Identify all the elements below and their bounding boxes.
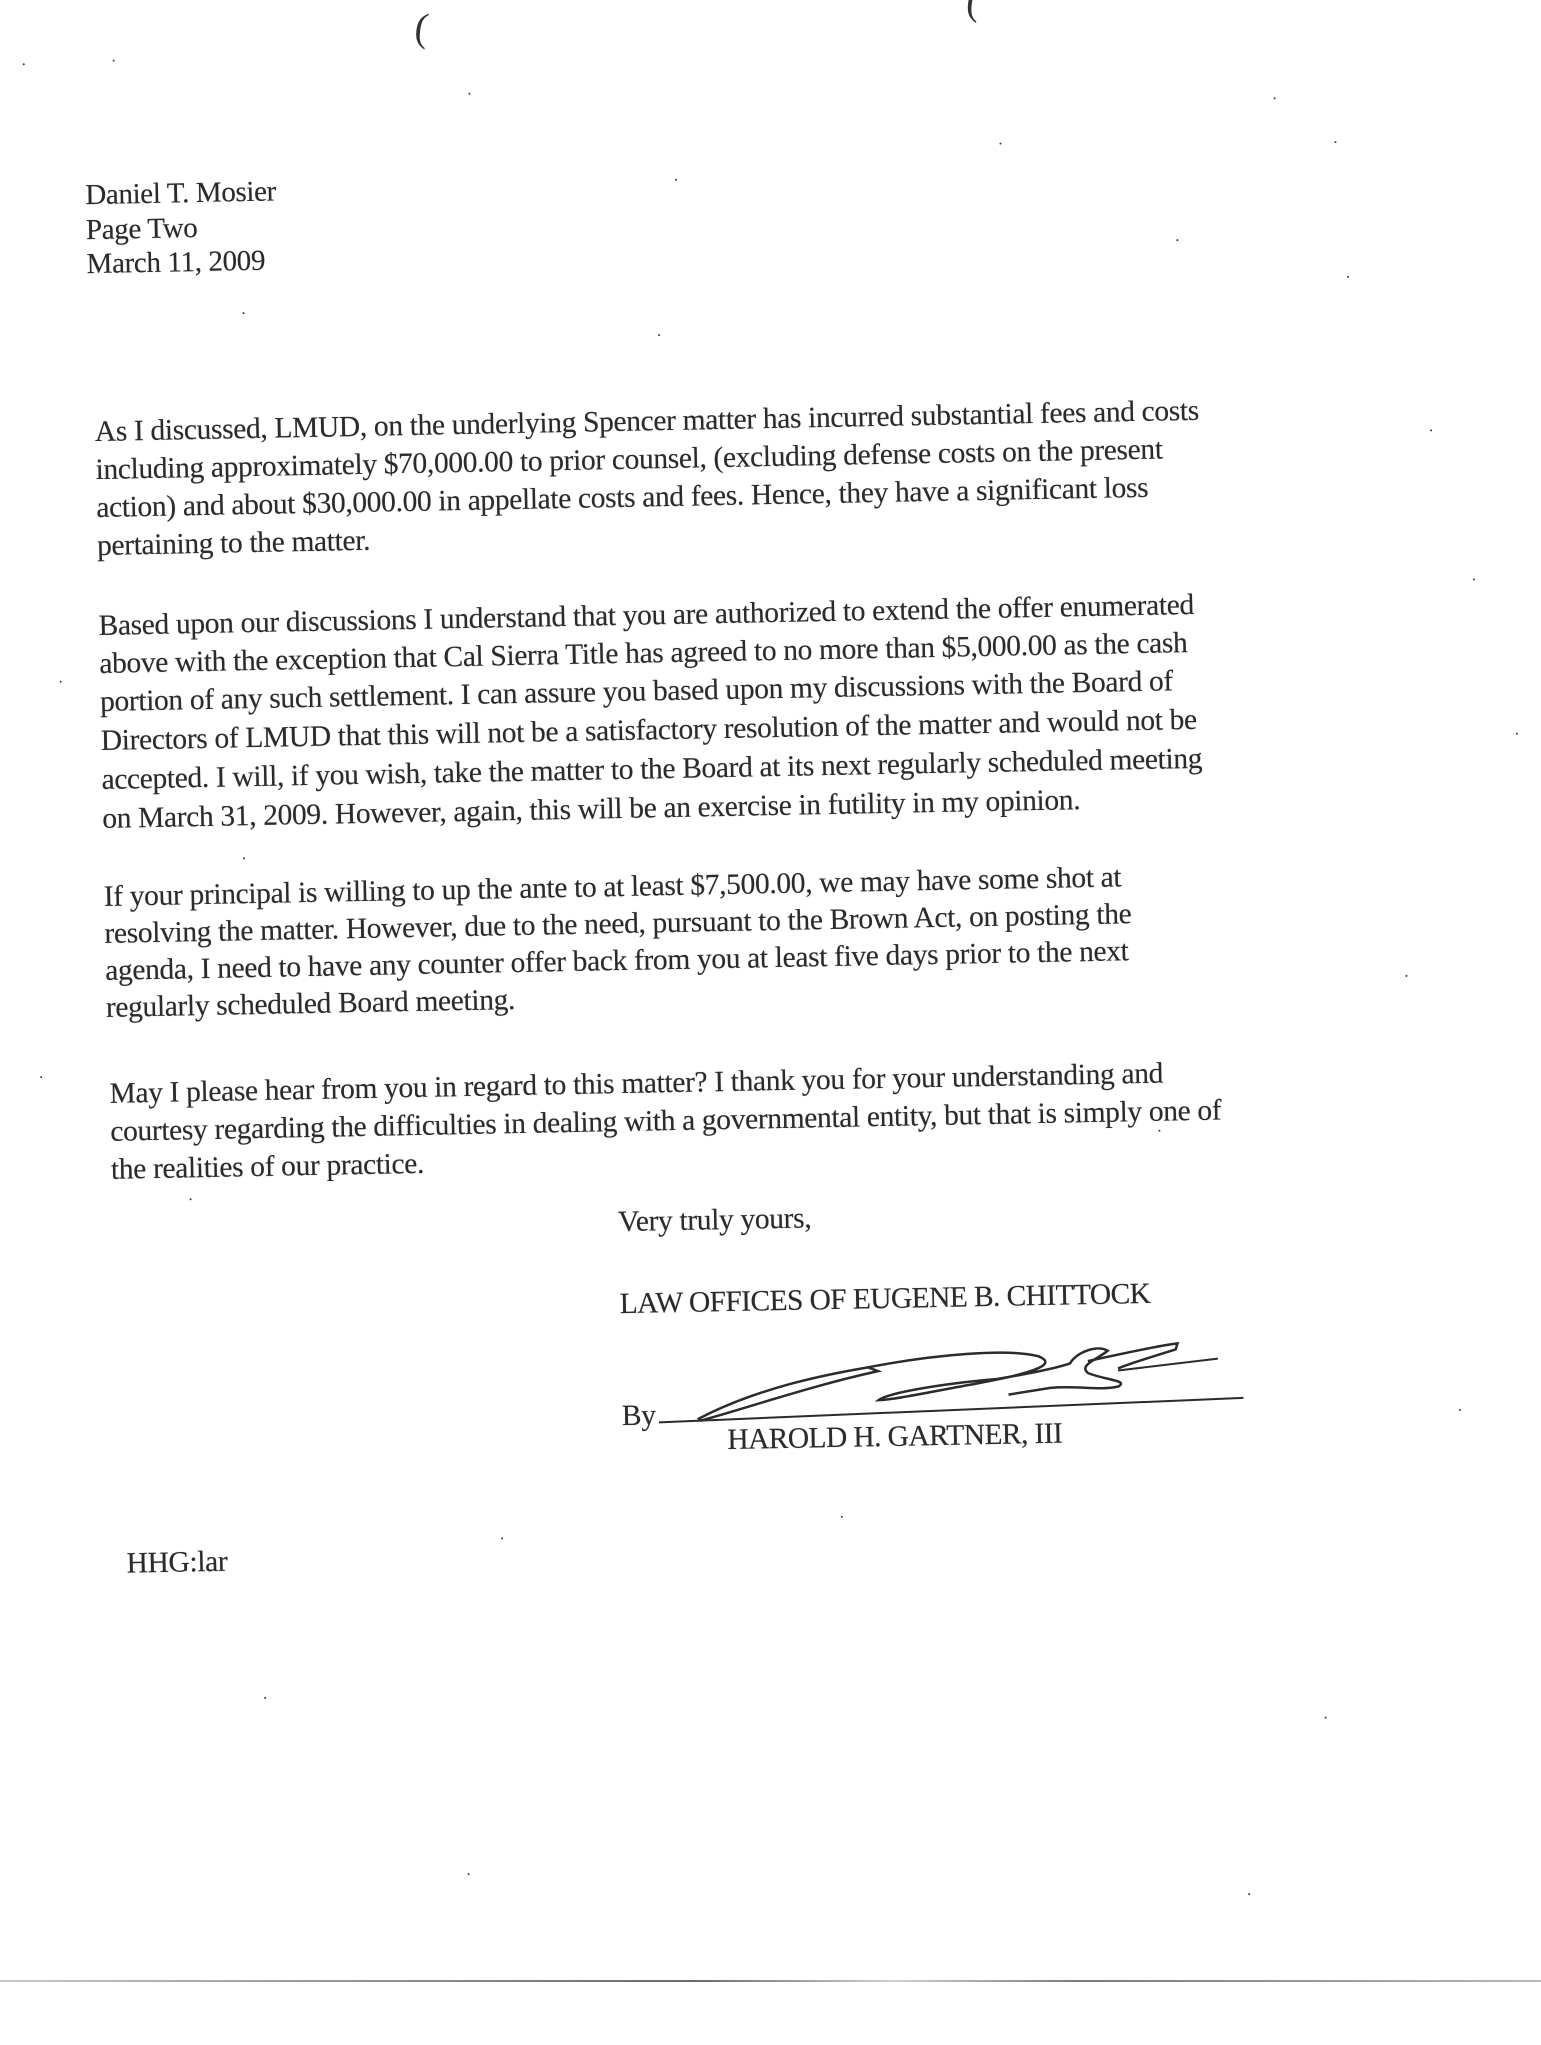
paragraph-line: pertaining to the matter. (97, 527, 371, 562)
paragraph-line: on March 31, 2009. However, again, this … (102, 786, 1080, 834)
letter-date: March 11, 2009 (86, 247, 265, 279)
scan-noise (0, 0, 1532, 2)
recipient-name: Daniel T. Mosier (85, 177, 276, 210)
law-firm-name: LAW OFFICES OF EUGENE B. CHITTOCK (619, 1280, 1150, 1320)
scanned-letter-page: ( ( Daniel T. Mosier Page Two March 11, … (0, 0, 1541, 2045)
letter-header: Daniel T. Mosier Page Two March 11, 2009 (0, 0, 1532, 2)
page-label: Page Two (86, 214, 198, 245)
paragraph: May I please hear from you in regard to … (0, 0, 1532, 2)
handwritten-signature-icon (678, 1338, 1239, 1429)
scan-artifact-paren-left: ( (412, 3, 431, 51)
reference-initials: HHG:lar (126, 1548, 227, 1579)
scan-artifact-paren-right: ( (964, 0, 983, 25)
letter-body: As I discussed, LMUD, on the underlying … (0, 0, 1532, 2)
scan-edge-line (0, 1980, 1541, 1982)
paragraph: As I discussed, LMUD, on the underlying … (0, 0, 1532, 2)
paragraph-line: regularly scheduled Board meeting. (106, 986, 516, 1023)
paragraph: Based upon our discussions I understand … (0, 0, 1532, 2)
letter-closing: Very truly yours, LAW OFFICES OF EUGENE … (0, 0, 1532, 2)
paragraph-line: the realities of our practice. (111, 1150, 425, 1186)
by-label: By (622, 1401, 656, 1431)
letter-content: ( ( Daniel T. Mosier Page Two March 11, … (0, 0, 1541, 1962)
signer-name: HAROLD H. GARTNER, III (727, 1420, 1062, 1456)
paragraph: If your principal is willing to up the a… (0, 0, 1532, 2)
closing-salutation: Very truly yours, (618, 1204, 812, 1237)
